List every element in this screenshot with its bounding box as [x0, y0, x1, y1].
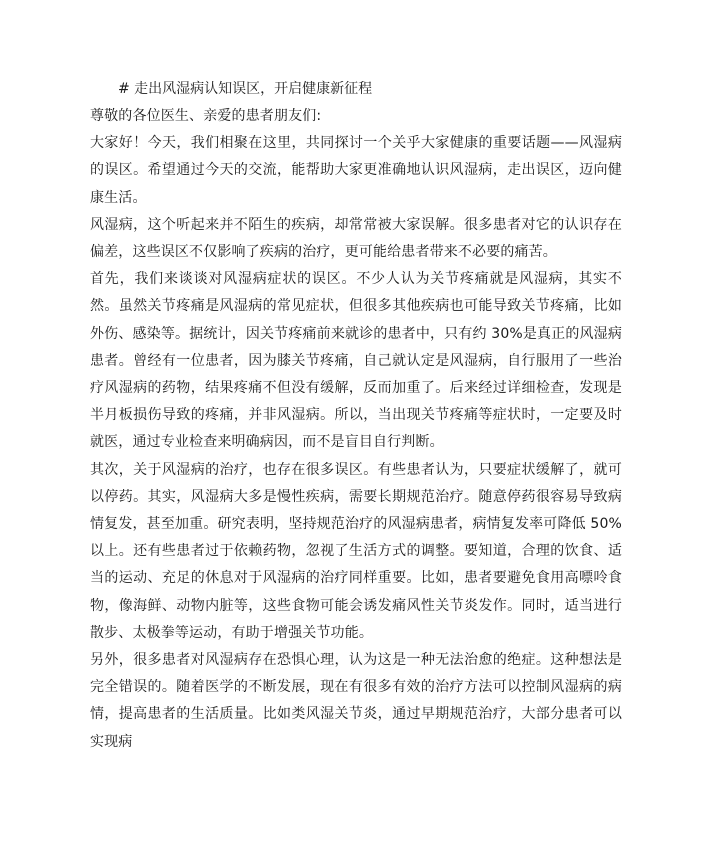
salutation: 尊敬的各位医生、亲爱的患者朋友们:: [90, 103, 622, 130]
document-title: # 走出风湿病认知误区，开启健康新征程: [90, 77, 622, 101]
paragraph-greeting: 大家好！今天，我们相聚在这里，共同探讨一个关乎大家健康的重要话题——风湿病的误区…: [90, 130, 622, 212]
paragraph-symptom-misconception: 首先，我们来谈谈对风湿病症状的误区。不少人认为关节疼痛就是风湿病，其实不然。虽然…: [90, 266, 622, 456]
paragraph-fear-misconception: 另外，很多患者对风湿病存在恐惧心理，认为这是一种无法治愈的绝症。这种想法是完全错…: [90, 647, 622, 756]
document-page: # 走出风湿病认知误区，开启健康新征程 尊敬的各位医生、亲爱的患者朋友们: 大家…: [90, 77, 622, 756]
paragraph-treatment-misconception: 其次，关于风湿病的治疗，也存在很多误区。有些患者认为，只要症状缓解了，就可以停药…: [90, 457, 622, 647]
paragraph-introduction: 风湿病，这个听起来并不陌生的疾病，却常常被大家误解。很多患者对它的认识存在偏差，…: [90, 212, 622, 266]
